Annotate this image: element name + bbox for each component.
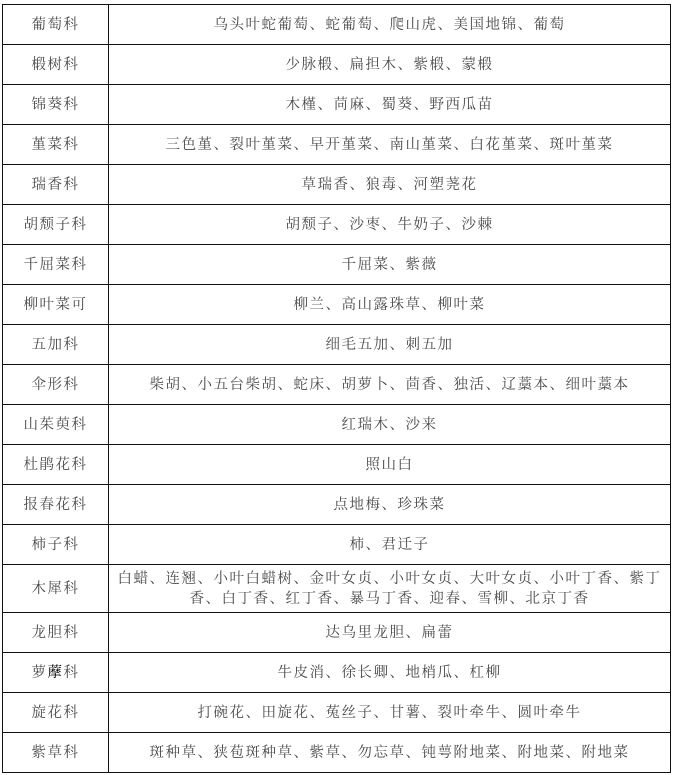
table-row: 山茱萸科 红瑞木、沙来 [3, 405, 671, 445]
species-cell: 草瑞香、狼毒、河塑荛花 [109, 165, 671, 205]
species-cell: 达乌里龙胆、扁蕾 [109, 613, 671, 653]
family-cell: 千屈菜科 [3, 245, 109, 285]
species-cell: 柳兰、高山露珠草、柳叶菜 [109, 285, 671, 325]
species-cell: 柴胡、小五台柴胡、蛇床、胡萝卜、茴香、独活、辽藁本、细叶藁本 [109, 365, 671, 405]
family-cell: 报春花科 [3, 485, 109, 525]
family-cell: 山茱萸科 [3, 405, 109, 445]
family-cell: 萝藦科 [3, 653, 109, 693]
family-text-part: 科 [64, 665, 80, 681]
family-cell: 椴树科 [3, 45, 109, 85]
species-cell: 点地梅、珍珠菜 [109, 485, 671, 525]
species-cell: 斑种草、狭苞斑种草、紫草、勿忘草、钝萼附地菜、附地菜、附地菜 [109, 733, 671, 773]
family-text-part: 萝 [32, 665, 48, 681]
family-cell: 旋花科 [3, 693, 109, 733]
species-cell: 木槿、苘麻、蜀葵、野西瓜苗 [109, 85, 671, 125]
species-cell: 白蜡、连翘、小叶白蜡树、金叶女贞、小叶女贞、大叶女贞、小叶丁香、紫丁香、白丁香、… [109, 565, 671, 613]
table-row: 柳叶菜可 柳兰、高山露珠草、柳叶菜 [3, 285, 671, 325]
species-cell: 乌头叶蛇葡萄、蛇葡萄、爬山虎、美国地锦、葡萄 [109, 5, 671, 45]
family-cell: 锦葵科 [3, 85, 109, 125]
species-cell: 照山白 [109, 445, 671, 485]
species-cell: 少脉椴、扁担木、紫椴、蒙椴 [109, 45, 671, 85]
table-row: 葡萄科 乌头叶蛇葡萄、蛇葡萄、爬山虎、美国地锦、葡萄 [3, 5, 671, 45]
species-cell: 千屈菜、紫薇 [109, 245, 671, 285]
table-row: 龙胆科 达乌里龙胆、扁蕾 [3, 613, 671, 653]
family-cell: 堇菜科 [3, 125, 109, 165]
table-row: 堇菜科 三色堇、裂叶堇菜、早开堇菜、南山堇菜、白花堇菜、斑叶堇菜 [3, 125, 671, 165]
species-cell: 柿、君迁子 [109, 525, 671, 565]
plant-family-table: 葡萄科 乌头叶蛇葡萄、蛇葡萄、爬山虎、美国地锦、葡萄 椴树科 少脉椴、扁担木、紫… [2, 4, 671, 773]
table-row: 旋花科 打碗花、田旋花、菟丝子、甘薯、裂叶牵牛、圆叶牵牛 [3, 693, 671, 733]
table-row: 伞形科 柴胡、小五台柴胡、蛇床、胡萝卜、茴香、独活、辽藁本、细叶藁本 [3, 365, 671, 405]
table-row: 萝藦科 牛皮消、徐长卿、地梢瓜、杠柳 [3, 653, 671, 693]
family-cell: 瑞香科 [3, 165, 109, 205]
family-cell: 龙胆科 [3, 613, 109, 653]
table-row: 木犀科 白蜡、连翘、小叶白蜡树、金叶女贞、小叶女贞、大叶女贞、小叶丁香、紫丁香、… [3, 565, 671, 613]
family-cell: 杜鹃花科 [3, 445, 109, 485]
table-row: 椴树科 少脉椴、扁担木、紫椴、蒙椴 [3, 45, 671, 85]
species-cell: 打碗花、田旋花、菟丝子、甘薯、裂叶牵牛、圆叶牵牛 [109, 693, 671, 733]
table-row: 瑞香科 草瑞香、狼毒、河塑荛花 [3, 165, 671, 205]
table-row: 紫草科 斑种草、狭苞斑种草、紫草、勿忘草、钝萼附地菜、附地菜、附地菜 [3, 733, 671, 773]
species-cell: 胡颓子、沙枣、牛奶子、沙棘 [109, 205, 671, 245]
species-cell: 红瑞木、沙来 [109, 405, 671, 445]
table-row: 胡颓子科 胡颓子、沙枣、牛奶子、沙棘 [3, 205, 671, 245]
family-cell: 柳叶菜可 [3, 285, 109, 325]
table-row: 五加科 细毛五加、刺五加 [3, 325, 671, 365]
family-cell: 木犀科 [3, 565, 109, 613]
table-row: 柿子科 柿、君迁子 [3, 525, 671, 565]
species-cell: 牛皮消、徐长卿、地梢瓜、杠柳 [109, 653, 671, 693]
table-row: 报春花科 点地梅、珍珠菜 [3, 485, 671, 525]
family-cell: 五加科 [3, 325, 109, 365]
table-row: 杜鹃花科 照山白 [3, 445, 671, 485]
family-cell: 胡颓子科 [3, 205, 109, 245]
table-row: 千屈菜科 千屈菜、紫薇 [3, 245, 671, 285]
family-cell: 紫草科 [3, 733, 109, 773]
family-text-part-dark: 藦 [48, 665, 64, 681]
species-cell: 细毛五加、刺五加 [109, 325, 671, 365]
table-row: 锦葵科 木槿、苘麻、蜀葵、野西瓜苗 [3, 85, 671, 125]
family-cell: 伞形科 [3, 365, 109, 405]
family-cell: 葡萄科 [3, 5, 109, 45]
family-cell: 柿子科 [3, 525, 109, 565]
species-cell: 三色堇、裂叶堇菜、早开堇菜、南山堇菜、白花堇菜、斑叶堇菜 [109, 125, 671, 165]
